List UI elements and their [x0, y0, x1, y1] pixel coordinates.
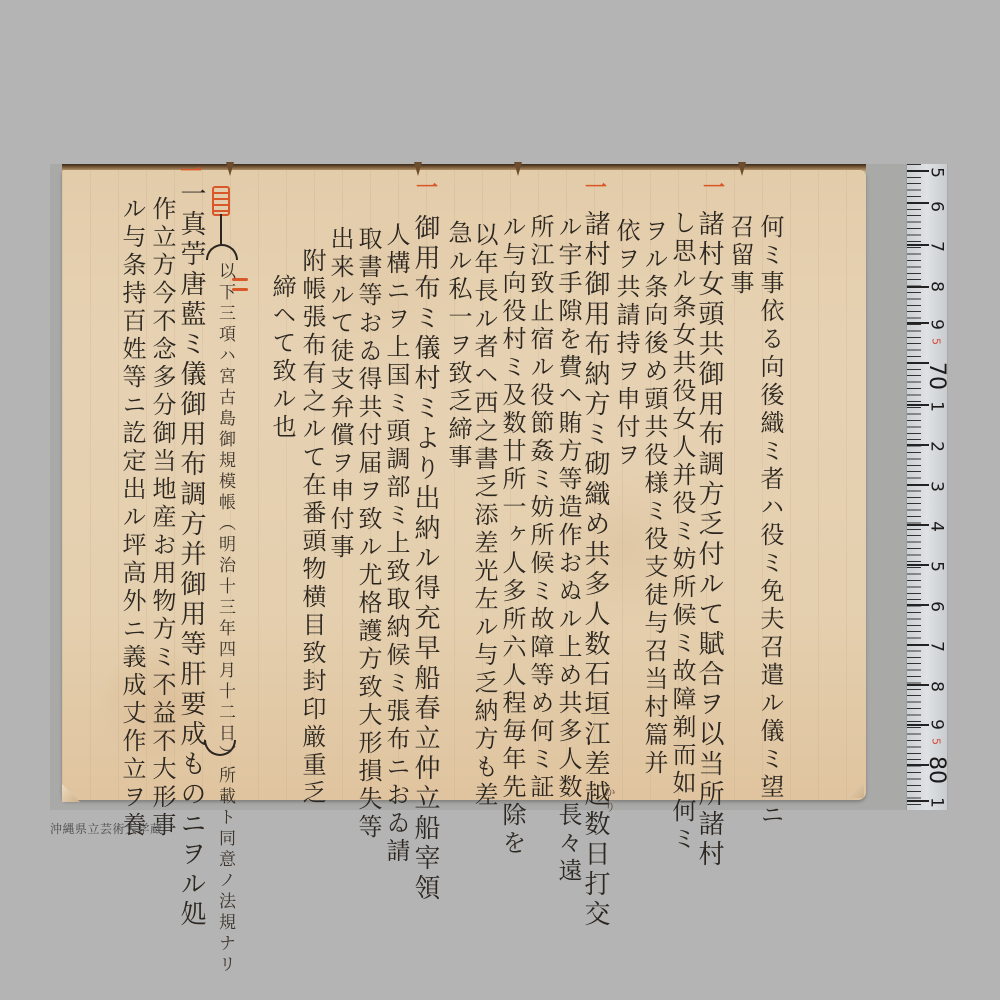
red-mark-icon: 一	[585, 178, 607, 200]
text-column: 何ミ事依る向後織ミ者ハ役ミ免夫召遣ル儀ミ望ニ	[758, 214, 782, 830]
text-column: 人構ニヲ上国ミ頭調部ミ上致取納候ミ張布ニおゐ請	[384, 222, 408, 866]
text-column-note: 以下三項ハ宮古島御規模帳（明治十三年四月十二日）所載ト同意ノ法規ナリ	[216, 262, 233, 976]
measuring-ruler: 5 6 7 8 9 5 70 1 2 3 4 5 6 7 8 9 5 80 1	[906, 164, 947, 810]
ruler-label: 5	[928, 556, 945, 578]
text-column: 諸村御用布納方ミ砌織め共多人数石垣江差越数日打交	[582, 210, 608, 930]
text-column: 締ヘて致ル也	[270, 274, 294, 442]
ruler-label-red: 5	[931, 331, 942, 353]
text-column: ヲル条向後め頭共役様ミ役支徒与召当村篇并	[642, 218, 666, 778]
ruler-label: 80	[925, 756, 947, 778]
ruler-label: 1	[928, 792, 945, 811]
ruler-label: 3	[928, 476, 945, 498]
text-column: 御用布ミ儀村ミより出納ル得充早船春立仲立船宰領	[412, 214, 438, 904]
text-column: 出来ルて徒支弁償ヲ申付事	[328, 226, 352, 562]
ruler-label: 8	[928, 276, 945, 298]
text-column: 以年長ル者ヘ西之書乏添差光左ル与乏納方も差	[472, 222, 496, 810]
red-mark-icon: 一	[703, 178, 725, 200]
ruler-label: 5	[928, 164, 945, 184]
text-column: し思ル条女共役女人并役ミ妨所候ミ故障剃而如何ミ	[670, 210, 694, 854]
text-column: ル与条持百姓等ニ訖定出ル坪高外ニ義成丈作立ヲ養	[120, 196, 144, 840]
ruler-ticks	[907, 164, 921, 810]
text-column: 作立方今不念多分御当地産お用物方ミ不益不大形事	[150, 196, 174, 840]
text-column: ル宇手隙を費ヘ賄方等造作おぬル上め共多人数長々遠	[556, 214, 580, 886]
text-column: 一真苧唐藍ミ儀御用布調方并御用等肝要成ものニヲル処	[178, 180, 204, 930]
red-mark-icon: 一	[416, 178, 438, 200]
text-column: 急ル私一ヲ致乏締事	[446, 220, 470, 472]
ruler-label: 8	[928, 676, 945, 698]
ruler-label: 6	[928, 196, 945, 218]
bracket-line	[220, 214, 222, 246]
marginal-note: かり	[604, 786, 615, 816]
ruler-label: 6	[928, 596, 945, 618]
ruler-label-red: 5	[931, 731, 942, 753]
text-column: 依ヲ共請持ヲ申付ヲ	[614, 218, 638, 470]
text-column: 召留事	[728, 214, 752, 298]
ruler-label: 4	[928, 516, 945, 538]
red-seal-icon	[212, 186, 230, 216]
text-column: ル与向役村ミ及数廿所一ヶ人多所六人程毎年先除を	[500, 214, 524, 858]
ruler-label: 1	[928, 396, 945, 418]
text-column: 諸村女頭共御用布調方乏付ルて賦合ヲ以当所諸村	[696, 210, 722, 870]
collection-caption: 沖縄県立芸術大学蔵	[50, 820, 163, 837]
ruler-label: 2	[928, 436, 945, 458]
text-column: 附帳張布有之ルて在番頭物横目致封印厳重乏	[300, 248, 324, 808]
text-column: 取書等おゐ得共付届ヲ致ル尤格護方致大形損失等	[356, 226, 380, 842]
ruler-label: 7	[928, 636, 945, 658]
ruler-label: 70	[925, 362, 947, 384]
text-column: 所江致止宿ル役節姦ミ妨所候ミ故障等め何ミ証	[528, 214, 552, 802]
ruler-label: 7	[928, 236, 945, 258]
